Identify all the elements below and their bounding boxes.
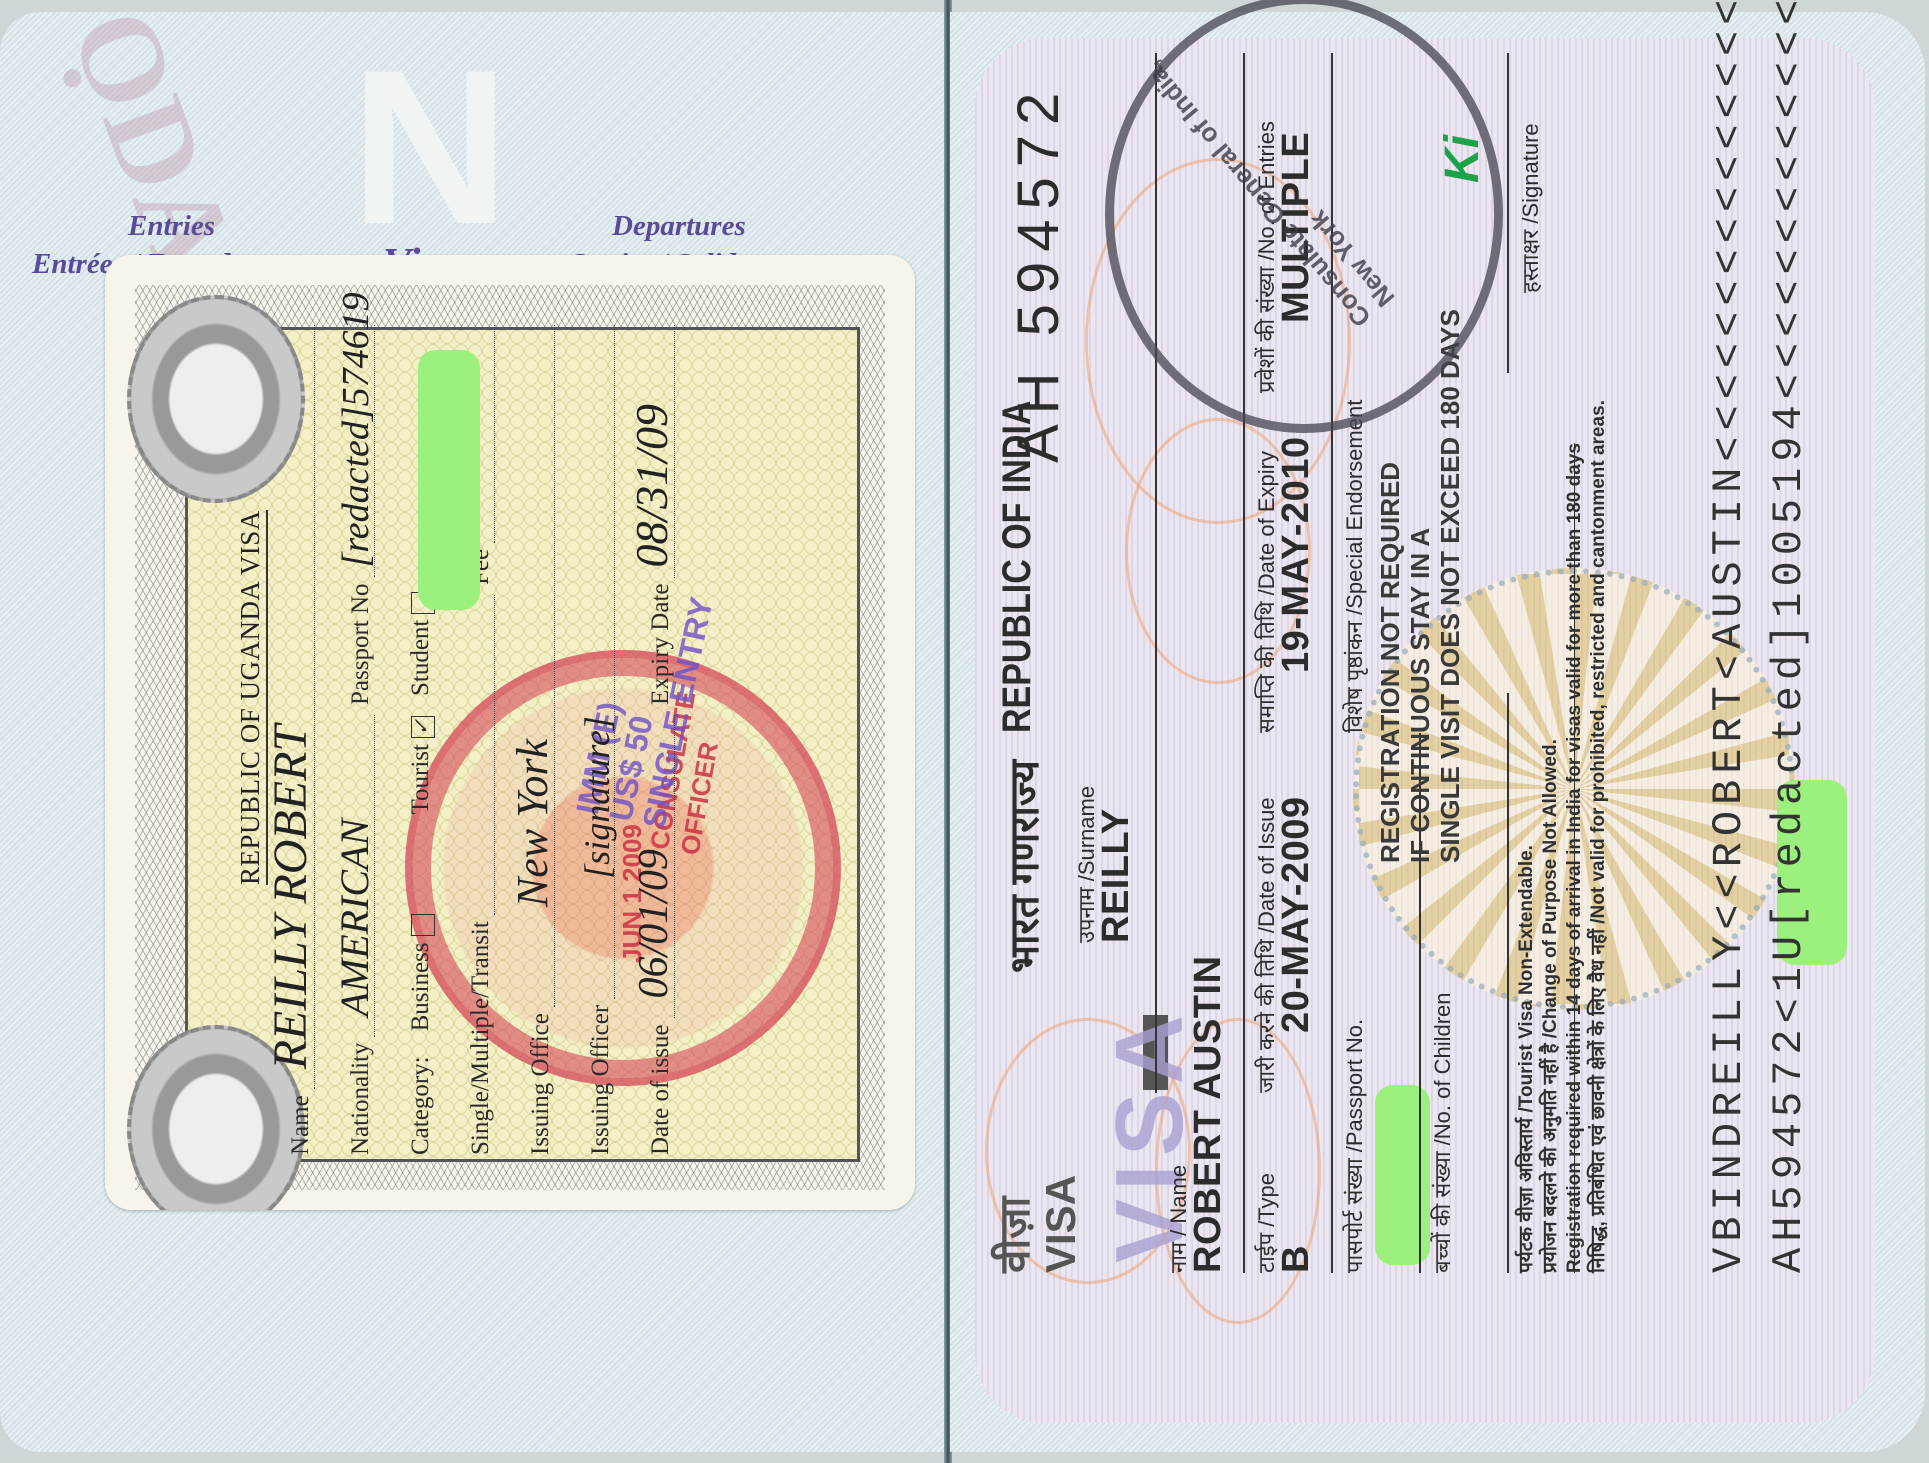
name-field: Name REILLY ROBERT (287, 325, 315, 1155)
name-value: ROBERT AUSTIN (1187, 955, 1230, 1273)
consulate-circular-stamp: Consulate General of India, New York (1105, 0, 1503, 433)
passport-no-label: पासपोर्ट संख्या /Passport No. (1339, 1019, 1369, 1273)
date-of-expiry-value: 19-MAY-2010 (1275, 437, 1318, 673)
date-of-issue-value: 06/01/09 (630, 849, 678, 998)
mrz-line-2: AH594572<1U[redacted]1005194<<<<<<<<<<<<… (1765, 0, 1813, 1273)
india-visa-text: VISA वीज़ा VISA भारत गणराज्य REPUBLIC OF… (975, 38, 1875, 1423)
nationality-field: Nationality AMERICAN (347, 715, 375, 1155)
passport-no-field: Passport No [redacted]574619 (347, 325, 375, 705)
signature-label: हस्ताक्षर /Signature (1515, 123, 1545, 293)
issuing-office-field: Issuing Office New York (527, 325, 555, 1155)
nationality-value: AMERICAN (331, 819, 378, 1017)
date-of-issue-field: Date of issue 06/01/09 (647, 715, 675, 1155)
visa-conditions: पर्यटक वीज़ा अविस्तार्य /Tourist Visa No… (1515, 400, 1611, 1273)
passport-no-value: [redacted]574619 (334, 292, 378, 567)
header-hindi: भारत गणराज्य (995, 760, 1050, 973)
type-value: B (1275, 1245, 1318, 1273)
departures-heading: Departures (612, 210, 746, 243)
entries-heading: Entries (128, 210, 215, 243)
special-endorsement-label: विशेष पृष्ठांकन /Special Endorsement (1339, 400, 1369, 733)
visa-number: AH 594572 (1005, 83, 1072, 463)
entry-type-field: Single/Multiple/Transit (467, 595, 495, 1155)
watermark-seal: ỌDA (43, 0, 264, 290)
redaction-mark (418, 350, 480, 610)
mrz-line-1: VBINDREILLY<<ROBERT<AUSTIN<<<<<<<<<<<<<<… (1705, 0, 1753, 1273)
visa-word-hindi: वीज़ा (985, 1197, 1042, 1273)
issuing-officer-field: Issuing Officer [signature] (587, 325, 615, 1155)
date-of-issue-value: 20-MAY-2009 (1275, 797, 1318, 1033)
expiry-date-field: Expiry Date 08/31/09 (647, 325, 675, 705)
expiry-date-value: 08/31/09 (625, 404, 678, 568)
name-value: REILLY ROBERT (263, 725, 318, 1069)
tourist-checkbox: ✓ (411, 716, 435, 738)
children-label: बच्चों की संख्या /No. of Children (1427, 992, 1457, 1273)
uganda-visa-text: REPUBLIC OF UGANDA VISA Name REILLY ROBE… (225, 255, 865, 1155)
issuing-office-value: New York (507, 739, 558, 907)
signature-line (1507, 53, 1509, 373)
visa-word: VISA (1037, 1175, 1085, 1273)
page-letter: N (350, 62, 510, 232)
officer-signature: [signature] (576, 716, 618, 879)
divider (1507, 693, 1509, 1273)
surname-value: REILLY (1095, 808, 1138, 943)
business-checkbox (411, 915, 435, 937)
